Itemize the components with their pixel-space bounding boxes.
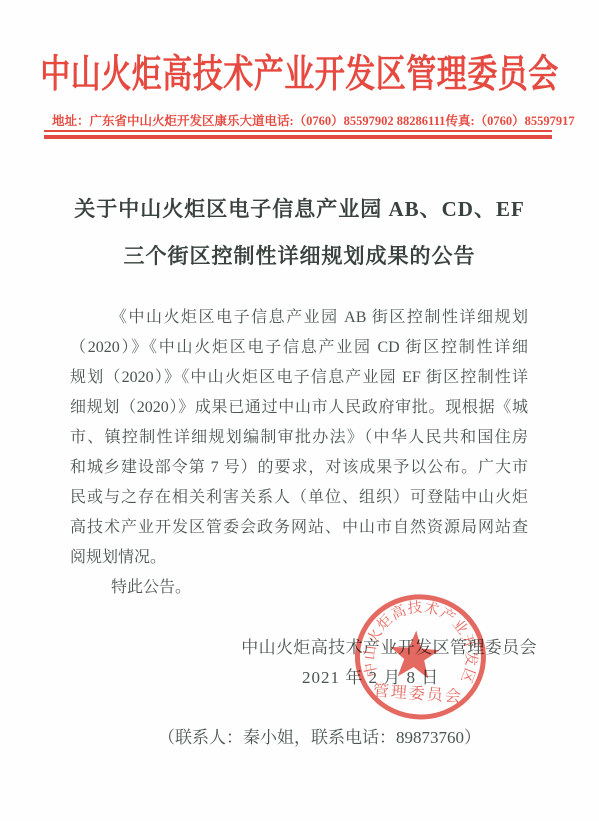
body-line: 市、镇控制性详细规划编制审批办法》（中华人民共和国住房 — [70, 423, 528, 453]
document-body: 《中山火炬区电子信息产业园 AB 街区控制性详细规划 （2020）》《中山火炬区… — [70, 303, 528, 603]
document-title: 关于中山火炬区电子信息产业园 AB、CD、EF 三个街区控制性详细规划成果的公告 — [0, 186, 599, 280]
official-seal: 中山火炬高技术产业开发区 管理委员会 — [346, 588, 495, 737]
letterhead-divider-thin — [44, 130, 552, 132]
document-title-line2: 三个街区控制性详细规划成果的公告 — [0, 233, 599, 280]
seal-star-icon — [388, 629, 441, 679]
body-line: 阅规划情况。 — [70, 543, 528, 573]
body-line: 《中山火炬区电子信息产业园 AB 街区控制性详细规划 — [70, 303, 528, 333]
body-line: 民或与之存在相关利害关系人（单位、组织）可登陆中山火炬 — [70, 483, 528, 513]
seal-bottom-text: 管理委员会 — [372, 682, 463, 706]
document-title-line1: 关于中山火炬区电子信息产业园 AB、CD、EF — [0, 186, 599, 233]
letterhead-phone: 电话:（0760）85597902 88286111 — [265, 111, 446, 129]
letterhead-org-name: 中山火炬高技术产业开发区管理委员会 — [0, 50, 599, 101]
letterhead-contact-row: 地址：广东省中山火炬开发区康乐大道 电话:（0760）85597902 8828… — [52, 111, 540, 129]
body-line: （2020）》《中山火炬区电子信息产业园 CD 街区控制性详细 — [70, 333, 528, 363]
body-line: 细规划（2020）》成果已通过中山市人民政府审批。现根据《城 — [70, 393, 528, 423]
letterhead-divider-thick — [44, 135, 552, 139]
body-line: 规划（2020）》《中山火炬区电子信息产业园 EF 街区控制性详 — [70, 363, 528, 393]
official-seal-graphic: 中山火炬高技术产业开发区 管理委员会 — [346, 588, 495, 737]
body-line: 高技术产业开发区管委会政务网站、中山市自然资源局网站查 — [70, 513, 528, 543]
announcement-document: 中山火炬高技术产业开发区管理委员会 地址：广东省中山火炬开发区康乐大道 电话:（… — [0, 0, 599, 821]
body-line: 和城乡建设部令第 7 号）的要求，对该成果予以公布。广大市 — [70, 453, 528, 483]
letterhead-address: 地址：广东省中山火炬开发区康乐大道 — [52, 111, 265, 129]
contact-info: （联系人：秦小姐，联系电话：89873760） — [0, 723, 599, 748]
letterhead-fax: 传真:（0760）85597917 — [445, 111, 574, 129]
